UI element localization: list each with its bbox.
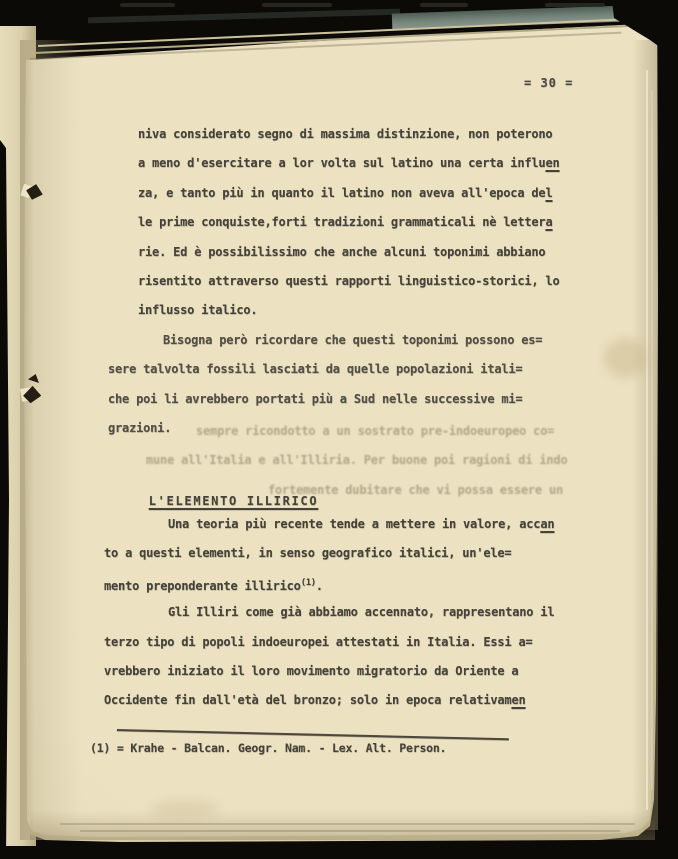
- text-segment: Gli Illiri come già abbiamo accennato, r…: [168, 605, 554, 619]
- text-segment: en: [545, 156, 559, 170]
- text-line: niva considerato segno di massima distin…: [138, 120, 560, 149]
- scanned-book-page: sempre ricondotto a un sostrato pre-indo…: [0, 0, 678, 859]
- right-edge-shadow: [596, 40, 658, 830]
- text-line: za, e tanto più in quanto il latino non …: [138, 179, 560, 208]
- bottom-edge-shadow: [30, 795, 655, 840]
- sheet-edge-line: [80, 830, 620, 832]
- scan-artifact: [120, 3, 175, 7]
- text-segment: niva considerato segno di massima distin…: [138, 127, 552, 141]
- paper-stain: [604, 338, 646, 378]
- section-heading-text: L'ELEMENTO ILLIRICO: [149, 494, 319, 508]
- scan-artifact: [545, 3, 605, 7]
- text-segment: Bisogna però ricordare che questi toponi…: [163, 333, 542, 347]
- paragraph-1: niva considerato segno di massima distin…: [138, 120, 560, 326]
- text-line: Una teoria più recente tende a mettere i…: [104, 510, 554, 539]
- text-segment: Una teoria più recente tende a mettere i…: [168, 517, 540, 531]
- text-segment: to a questi elementi, in senso geografic…: [104, 546, 511, 560]
- text-segment: che poi li avrebbero portati più a Sud n…: [108, 392, 522, 406]
- text-line: a meno d'esercitare a lor volta sul lati…: [138, 149, 560, 178]
- text-segment: vrebbero iniziato il loro movimento migr…: [104, 664, 518, 678]
- ghost-text-line: mune all'Italia e all'Illiria. Per buone…: [146, 453, 567, 467]
- text-line: mento preponderante illirico(1).: [104, 569, 554, 598]
- text-line: Bisogna però ricordare che questi toponi…: [108, 326, 542, 355]
- sheet-edge-line: [646, 70, 648, 810]
- footnote-marker: (1): [301, 578, 316, 588]
- punch-hole-bottom: [20, 380, 44, 408]
- text-line: terzo tipo di popoli indoeuropei attesta…: [104, 628, 554, 657]
- text-segment: en: [511, 693, 525, 707]
- text-segment: Occidente fin dall'età del bronzo; solo …: [104, 693, 511, 707]
- paragraph-2: Bisogna però ricordare che questi toponi…: [108, 326, 542, 444]
- text-segment: an: [540, 517, 554, 531]
- text-line: rie. Ed è possibilissimo che anche alcun…: [138, 238, 560, 267]
- text-line: grazioni.: [108, 414, 542, 443]
- text-line: influsso italico.: [138, 296, 560, 325]
- text-line: sere talvolta fossili lasciati da quelle…: [108, 355, 542, 384]
- text-segment: sere talvolta fossili lasciati da quelle…: [108, 362, 522, 376]
- text-segment: le prime conquiste,forti tradizioni gram…: [138, 215, 545, 229]
- text-line: le prime conquiste,forti tradizioni gram…: [138, 208, 560, 237]
- sheet-edge-line: [60, 823, 635, 825]
- text-line: vrebbero iniziato il loro movimento migr…: [104, 657, 554, 686]
- text-line: risentito attraverso questi rapporti lin…: [138, 267, 560, 296]
- text-line: to a questi elementi, in senso geografic…: [104, 539, 554, 568]
- footnote: (1) = Krahe - Balcan. Geogr. Nam. - Lex.…: [90, 741, 446, 755]
- paragraph-3: Una teoria più recente tende a mettere i…: [104, 510, 554, 716]
- text-segment: .: [316, 579, 323, 593]
- text-line: che poi li avrebbero portati più a Sud n…: [108, 385, 542, 414]
- scan-artifact: [262, 3, 332, 7]
- page-number: = 30 =: [524, 76, 573, 90]
- text-segment: za, e tanto più in quanto il latino non …: [138, 186, 545, 200]
- text-segment: a: [545, 215, 552, 229]
- text-segment: grazioni.: [108, 421, 171, 435]
- text-segment: rie. Ed è possibilissimo che anche alcun…: [138, 245, 545, 259]
- scan-artifact: [420, 3, 468, 7]
- gutter-shadow: [20, 40, 90, 840]
- text-segment: influsso italico.: [138, 303, 257, 317]
- paper-stain: [150, 800, 220, 818]
- book-edge-shadow: [88, 9, 400, 24]
- text-segment: mento preponderante illirico: [104, 579, 301, 593]
- sheet-edge-line: [651, 90, 653, 790]
- text-segment: a meno d'esercitare a lor volta sul lati…: [138, 156, 545, 170]
- text-line: Gli Illiri come già abbiamo accennato, r…: [104, 598, 554, 627]
- text-line: Occidente fin dall'età del bronzo; solo …: [104, 686, 554, 715]
- text-segment: terzo tipo di popoli indoeuropei attesta…: [104, 635, 533, 649]
- punch-hole-top: [22, 181, 44, 205]
- text-segment: l: [545, 186, 552, 200]
- text-segment: risentito attraverso questi rapporti lin…: [138, 274, 559, 288]
